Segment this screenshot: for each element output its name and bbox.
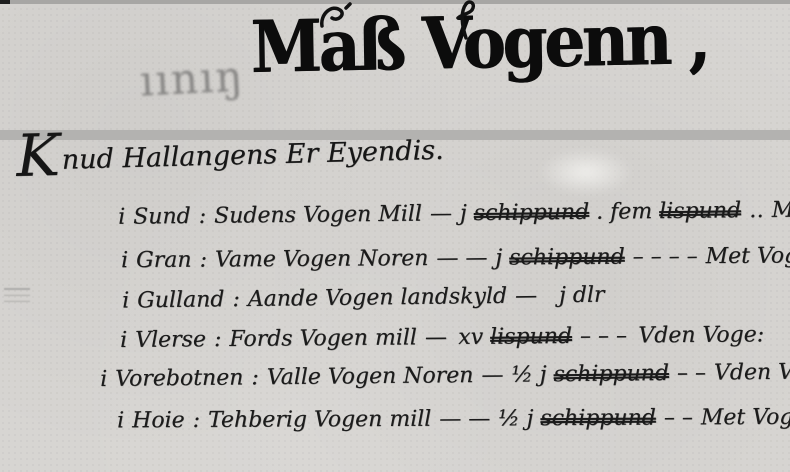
ledger-row: i Gran : Vame Vogen Noren — — j schippun… xyxy=(0,243,790,274)
place-name: Vorebotnen xyxy=(115,365,243,391)
heading-text: nud Hallangens Er Eyendis. xyxy=(61,135,444,176)
dash-run: – – – xyxy=(580,324,627,349)
dash-run: — — xyxy=(439,406,490,431)
ledger-row: i Hoie : Tehberig Vogen mill — — ½ j sch… xyxy=(0,405,790,434)
dash-run: — xyxy=(425,325,447,350)
amount2-unit: lispund xyxy=(659,198,741,224)
weight-note: Met Voge xyxy=(772,197,790,223)
separator: : xyxy=(251,365,259,390)
weight-note: Vden Voge: xyxy=(638,322,764,348)
section-heading: Knud Hallangens Er Eyendis. xyxy=(16,135,444,177)
vogen-desc: Fords Vogen mill xyxy=(229,325,417,352)
ledger-row: i Vorebotnen : Valle Vogen Noren — ½ j s… xyxy=(0,360,790,393)
swash-initial: K xyxy=(15,121,58,190)
vogen-desc: Valle Vogen Noren xyxy=(267,363,474,390)
vogen-desc: Vame Vogen Noren xyxy=(215,246,429,272)
entry-marker: i xyxy=(121,248,128,273)
amount2-number: . fem xyxy=(596,199,652,225)
amount: j schippund . fem lispund xyxy=(460,198,741,226)
amount-number: xv xyxy=(458,325,483,350)
flourish-icon xyxy=(318,2,356,32)
vogen-desc: Aande Vogen landskyld xyxy=(248,284,508,312)
ledger-row: i Sund : Sudens Vogen Mill — j schippund… xyxy=(0,198,790,231)
amount-number: j dlr xyxy=(559,283,605,309)
entry-marker: i xyxy=(122,288,129,313)
entry-marker: i xyxy=(117,408,124,433)
place-name: Sund xyxy=(133,204,191,230)
entry-marker: i xyxy=(100,367,107,392)
separator: : xyxy=(214,327,222,352)
amount: j dlr xyxy=(559,283,605,309)
weight-note: Met Voge: xyxy=(705,243,790,269)
dash-run: — — xyxy=(436,246,487,271)
separator: : xyxy=(193,408,201,433)
place-name: Gulland xyxy=(137,287,224,313)
amount-unit: lispund xyxy=(490,324,572,350)
amount-unit: schippund xyxy=(540,406,656,432)
amount-number: j xyxy=(460,201,467,226)
separator: : xyxy=(199,204,207,229)
place-name: Gran xyxy=(136,248,192,273)
amount-unit: schippund xyxy=(474,200,590,226)
weight-note: Vden Voge: xyxy=(714,359,790,385)
flourish-icon xyxy=(452,0,480,40)
vogen-desc: Sudens Vogen Mill xyxy=(214,202,422,229)
amount-number: ½ j xyxy=(498,406,533,431)
scan-corner-mark xyxy=(0,0,10,4)
dash-run: – – xyxy=(677,361,706,386)
separator: : xyxy=(199,248,207,273)
amount-unit: schippund xyxy=(553,361,669,387)
paper-smudge xyxy=(538,148,634,196)
amount: j schippund xyxy=(495,245,624,271)
dash-run: – – – – xyxy=(633,244,698,269)
ledger-row: i Gulland : Aande Vogen landskyld — j dl… xyxy=(0,280,790,315)
place-name: Vlerse xyxy=(135,327,206,353)
separator: : xyxy=(232,287,240,312)
amount: ½ j schippund xyxy=(498,406,656,432)
vogen-desc: Tehberig Vogen mill xyxy=(208,407,431,433)
amount: xv lispund xyxy=(458,324,572,350)
manuscript-page: { "document": { "title": "Maß Vogenn ,",… xyxy=(0,0,790,472)
entry-marker: i xyxy=(120,328,127,353)
amount-number: j xyxy=(495,245,502,270)
dash-run: — xyxy=(430,201,452,226)
place-name: Hoie xyxy=(132,408,185,433)
amount-number: ½ j xyxy=(511,362,546,387)
dash-run: — xyxy=(481,363,503,388)
ledger-row: i Vlerse : Fords Vogen mill — xv lispund… xyxy=(0,322,790,354)
dash-run: — xyxy=(515,283,537,308)
ink-bleedthrough: ıınıŋ xyxy=(139,51,246,105)
dash-run: ‥ xyxy=(749,198,764,223)
amount: ½ j schippund xyxy=(511,361,669,388)
weight-note: Met Voge: xyxy=(701,405,790,431)
amount-unit: schippund xyxy=(509,245,625,271)
dash-run: – – xyxy=(664,405,693,430)
entry-marker: i xyxy=(118,205,125,230)
